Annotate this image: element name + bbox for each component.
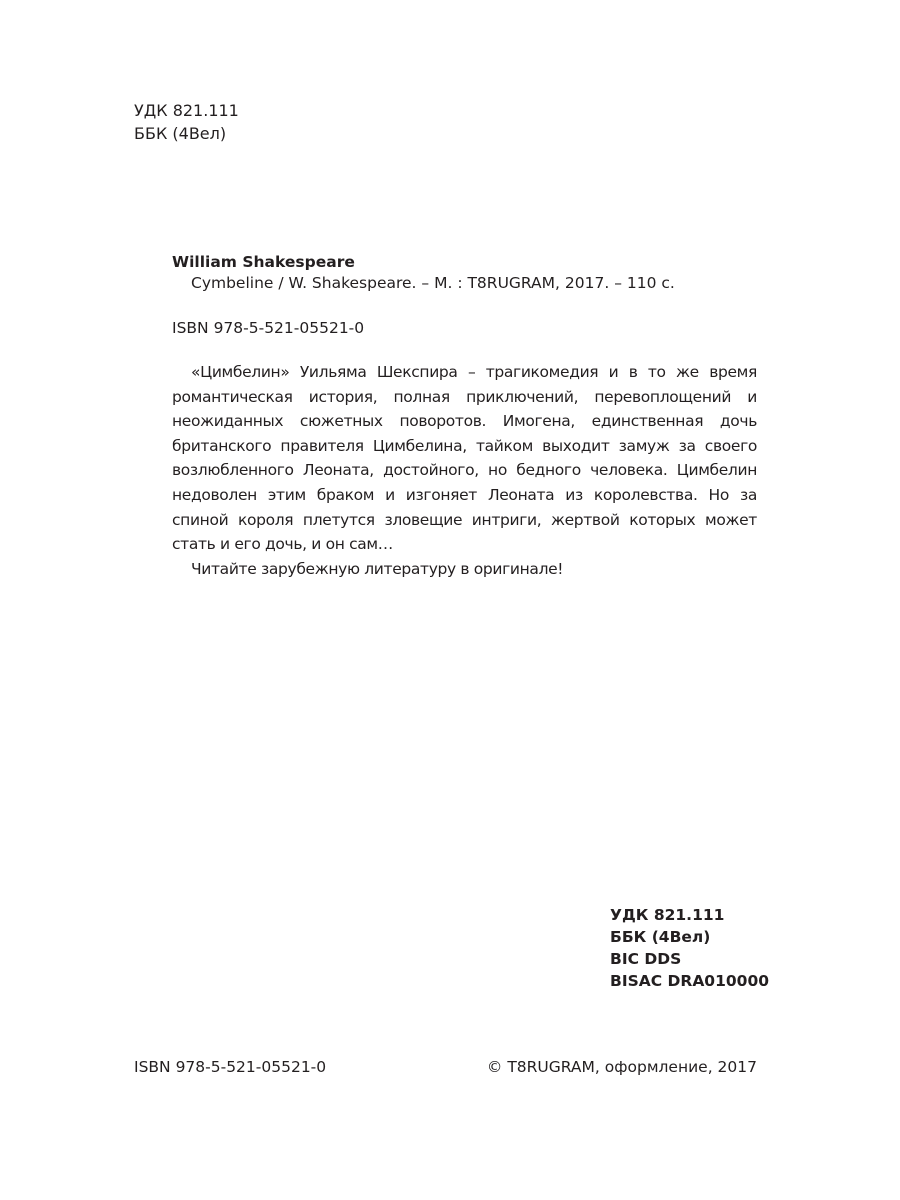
bottom-classification-codes: УДК 821.111 ББК (4Вел) BIC DDS BISAC DRA…: [610, 904, 769, 992]
footer-isbn: ISBN 978-5-521-05521-0: [134, 1057, 326, 1078]
copyright-notice: © T8RUGRAM, оформление, 2017: [487, 1057, 757, 1078]
annotation-paragraph: «Цимбелин» Уильяма Шекспира – трагикомед…: [172, 360, 757, 557]
bisac-code: BISAC DRA010000: [610, 970, 769, 992]
bbk-code-bold: ББК (4Вел): [610, 926, 769, 948]
annotation-call-to-action: Читайте зарубежную литературу в оригинал…: [172, 557, 757, 582]
udk-code: УДК 821.111: [134, 99, 239, 122]
udk-code-bold: УДК 821.111: [610, 904, 769, 926]
top-classification-codes: УДК 821.111 ББК (4Вел): [134, 99, 239, 145]
catalog-isbn: ISBN 978-5-521-05521-0: [172, 318, 364, 339]
bibliographic-description: Cymbeline / W. Shakespeare. – М. : T8RUG…: [191, 273, 675, 294]
annotation: «Цимбелин» Уильяма Шекспира – трагикомед…: [172, 360, 757, 581]
bic-code: BIC DDS: [610, 948, 769, 970]
bbk-code: ББК (4Вел): [134, 122, 239, 145]
author-name: William Shakespeare: [172, 252, 355, 273]
